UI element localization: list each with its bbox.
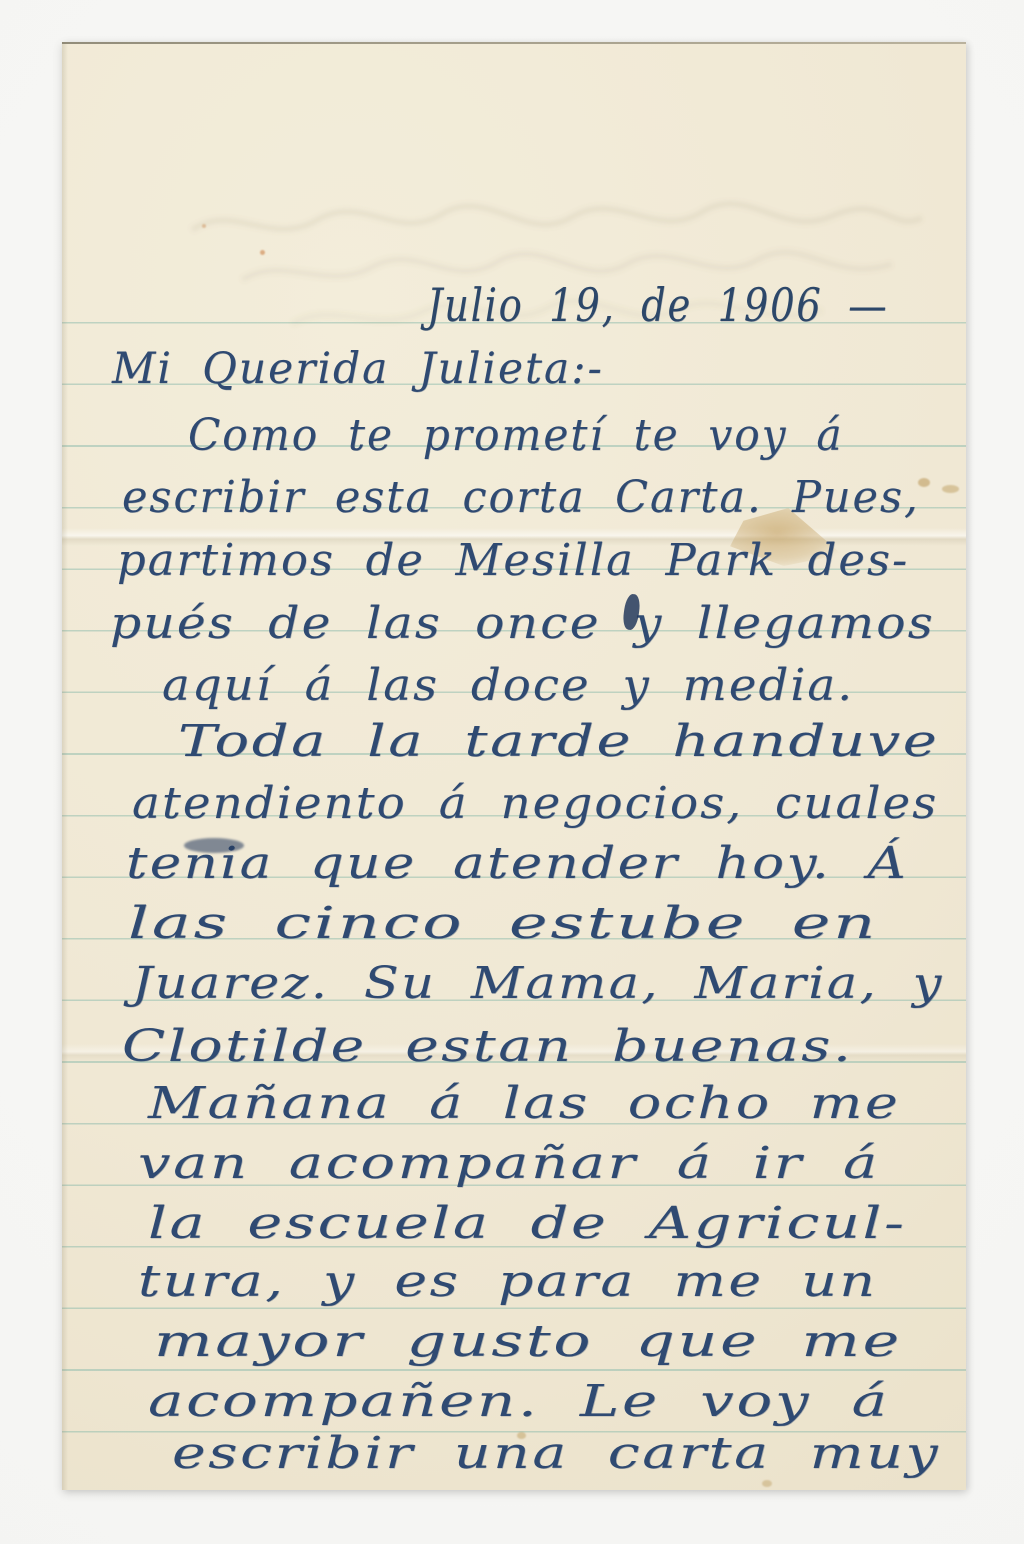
- stain-speck: [918, 478, 930, 487]
- letter-line: partimos de Mesilla Park des-: [117, 539, 909, 583]
- letter-salutation: Mi Querida Julieta:-: [112, 348, 604, 391]
- ink-scribble-correction: [184, 838, 244, 853]
- letter-line: las cinco estube en: [128, 902, 878, 946]
- letter-line: escribir esta corta Carta. Pues,: [122, 476, 920, 520]
- stain-speck: [942, 485, 959, 493]
- letter-line: Juarez. Su Mama, Maria, y: [132, 962, 944, 1006]
- letter-line: mayor gusto que me: [154, 1320, 902, 1364]
- letter-line: la escuela de Agricul-: [148, 1202, 907, 1246]
- letter-line: Toda la tarde handuve: [178, 720, 939, 764]
- letter-line: van acompañar á ir á: [138, 1142, 880, 1186]
- letter-line: aquí á las doce y media.: [162, 664, 854, 708]
- stain-speck: [202, 224, 206, 228]
- letter-line: acompañen. Le voy á: [148, 1380, 890, 1424]
- letter-line: tenia que atender hoy. Á: [126, 842, 908, 886]
- letter-line: pués de las once y llegamos: [110, 602, 935, 646]
- letter-line: atendiento á negocios, cuales: [132, 782, 938, 826]
- letter-date-line: Julio 19, de 1906 —: [427, 282, 888, 328]
- letter-line: Como te prometí te voy á: [188, 414, 843, 458]
- letter-line: Clotilde estan buenas.: [122, 1025, 853, 1069]
- letter-line: tura, y es para me un: [138, 1260, 878, 1304]
- stain-speck: [762, 1480, 772, 1487]
- letter-paper: Julio 19, de 1906 — Mi Querida Julieta:-…: [62, 42, 966, 1490]
- stain-speck: [260, 250, 265, 255]
- letter-line: Mañana á las ocho me: [148, 1082, 900, 1126]
- letter-line: escribir una carta muy: [172, 1432, 940, 1476]
